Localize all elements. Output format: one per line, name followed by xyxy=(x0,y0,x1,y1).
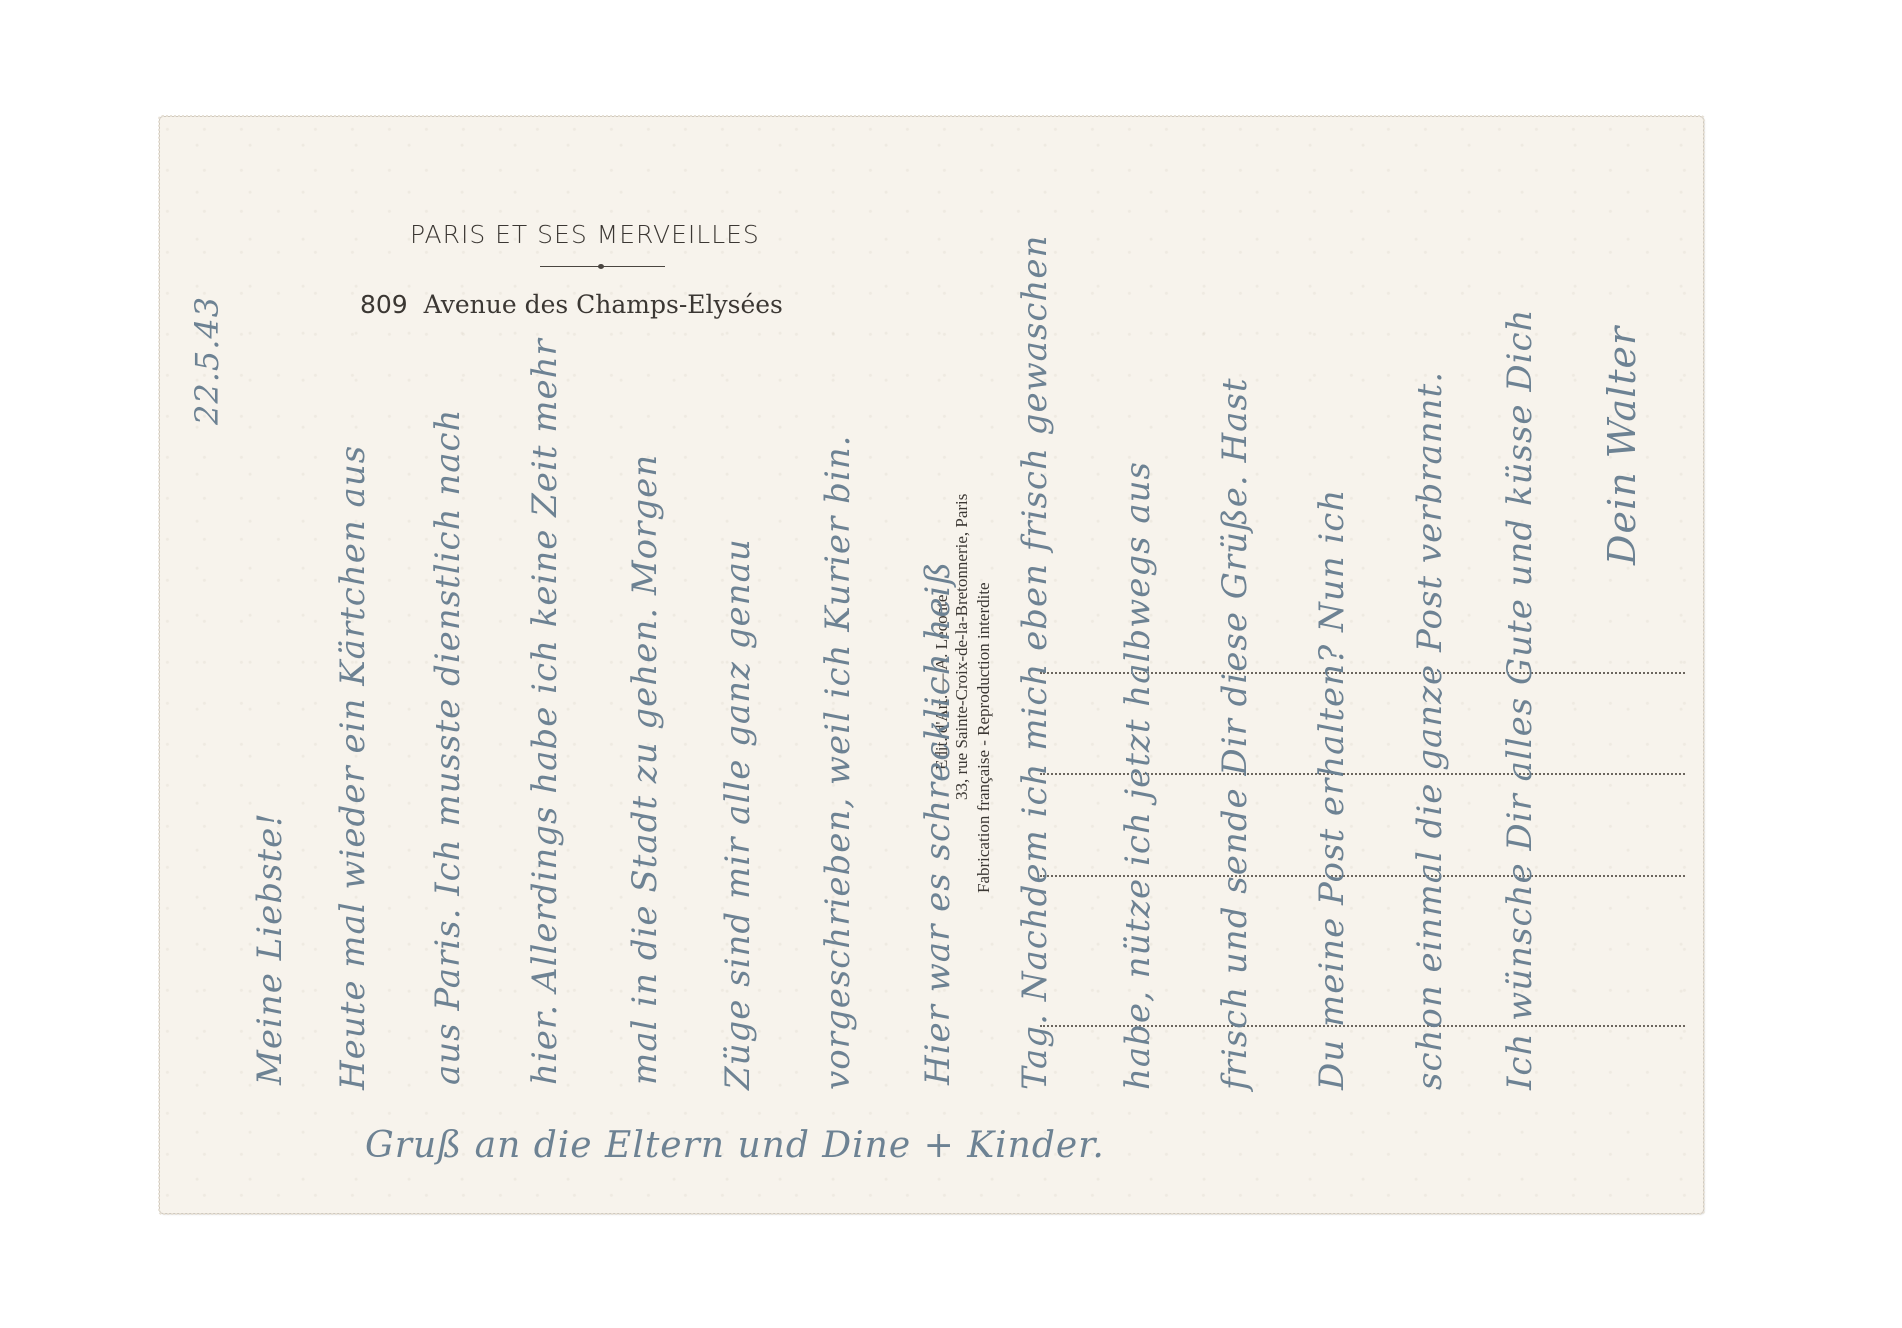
card-title: Avenue des Champs-Elysées xyxy=(424,290,783,319)
series-title: PARIS ET SES MERVEILLES xyxy=(410,220,760,249)
handwritten-line: Ich wünsche Dir alles Gute und küsse Dic… xyxy=(1500,309,1540,1090)
handwritten-line: habe, nütze ich jetzt halbwegs aus xyxy=(1118,461,1158,1090)
handwritten-date: 22.5.43 xyxy=(188,296,226,425)
handwritten-signature: Dein Walter xyxy=(1600,326,1644,565)
handwritten-line: Hier war es schrecklich heiß xyxy=(918,561,958,1085)
title-divider xyxy=(540,266,665,267)
handwritten-salutation: Meine Liebste! xyxy=(250,812,290,1085)
handwritten-line: vorgeschrieben, weil ich Kurier bin. xyxy=(818,435,858,1090)
handwritten-line: mal in die Stadt zu gehen. Morgen xyxy=(625,454,665,1085)
handwritten-line: schon einmal die ganze Post verbrannt. xyxy=(1410,371,1450,1090)
handwritten-line: Heute mal wieder ein Kärtchen aus xyxy=(333,445,373,1090)
handwritten-line: Tag. Nachdem ich mich eben frisch gewasc… xyxy=(1015,235,1055,1090)
handwritten-line: hier. Allerdings habe ich keine Zeit meh… xyxy=(525,338,565,1085)
handwritten-postscript: Gruß an die Eltern und Dine + Kinder. xyxy=(365,1125,1105,1166)
publisher-line-3: Fabrication française - Reproduction int… xyxy=(974,582,994,893)
handwritten-line: aus Paris. Ich musste dienstlich nach xyxy=(428,409,468,1085)
handwritten-line: frisch und sende Dir diese Grüße. Hast xyxy=(1215,377,1255,1090)
card-number: 809 xyxy=(360,290,408,319)
handwritten-line: Züge sind mir alle ganz genau xyxy=(718,538,758,1090)
handwritten-line: Du meine Post erhalten? Nun ich xyxy=(1312,489,1352,1090)
card-caption: 809 Avenue des Champs-Elysées xyxy=(360,290,783,319)
